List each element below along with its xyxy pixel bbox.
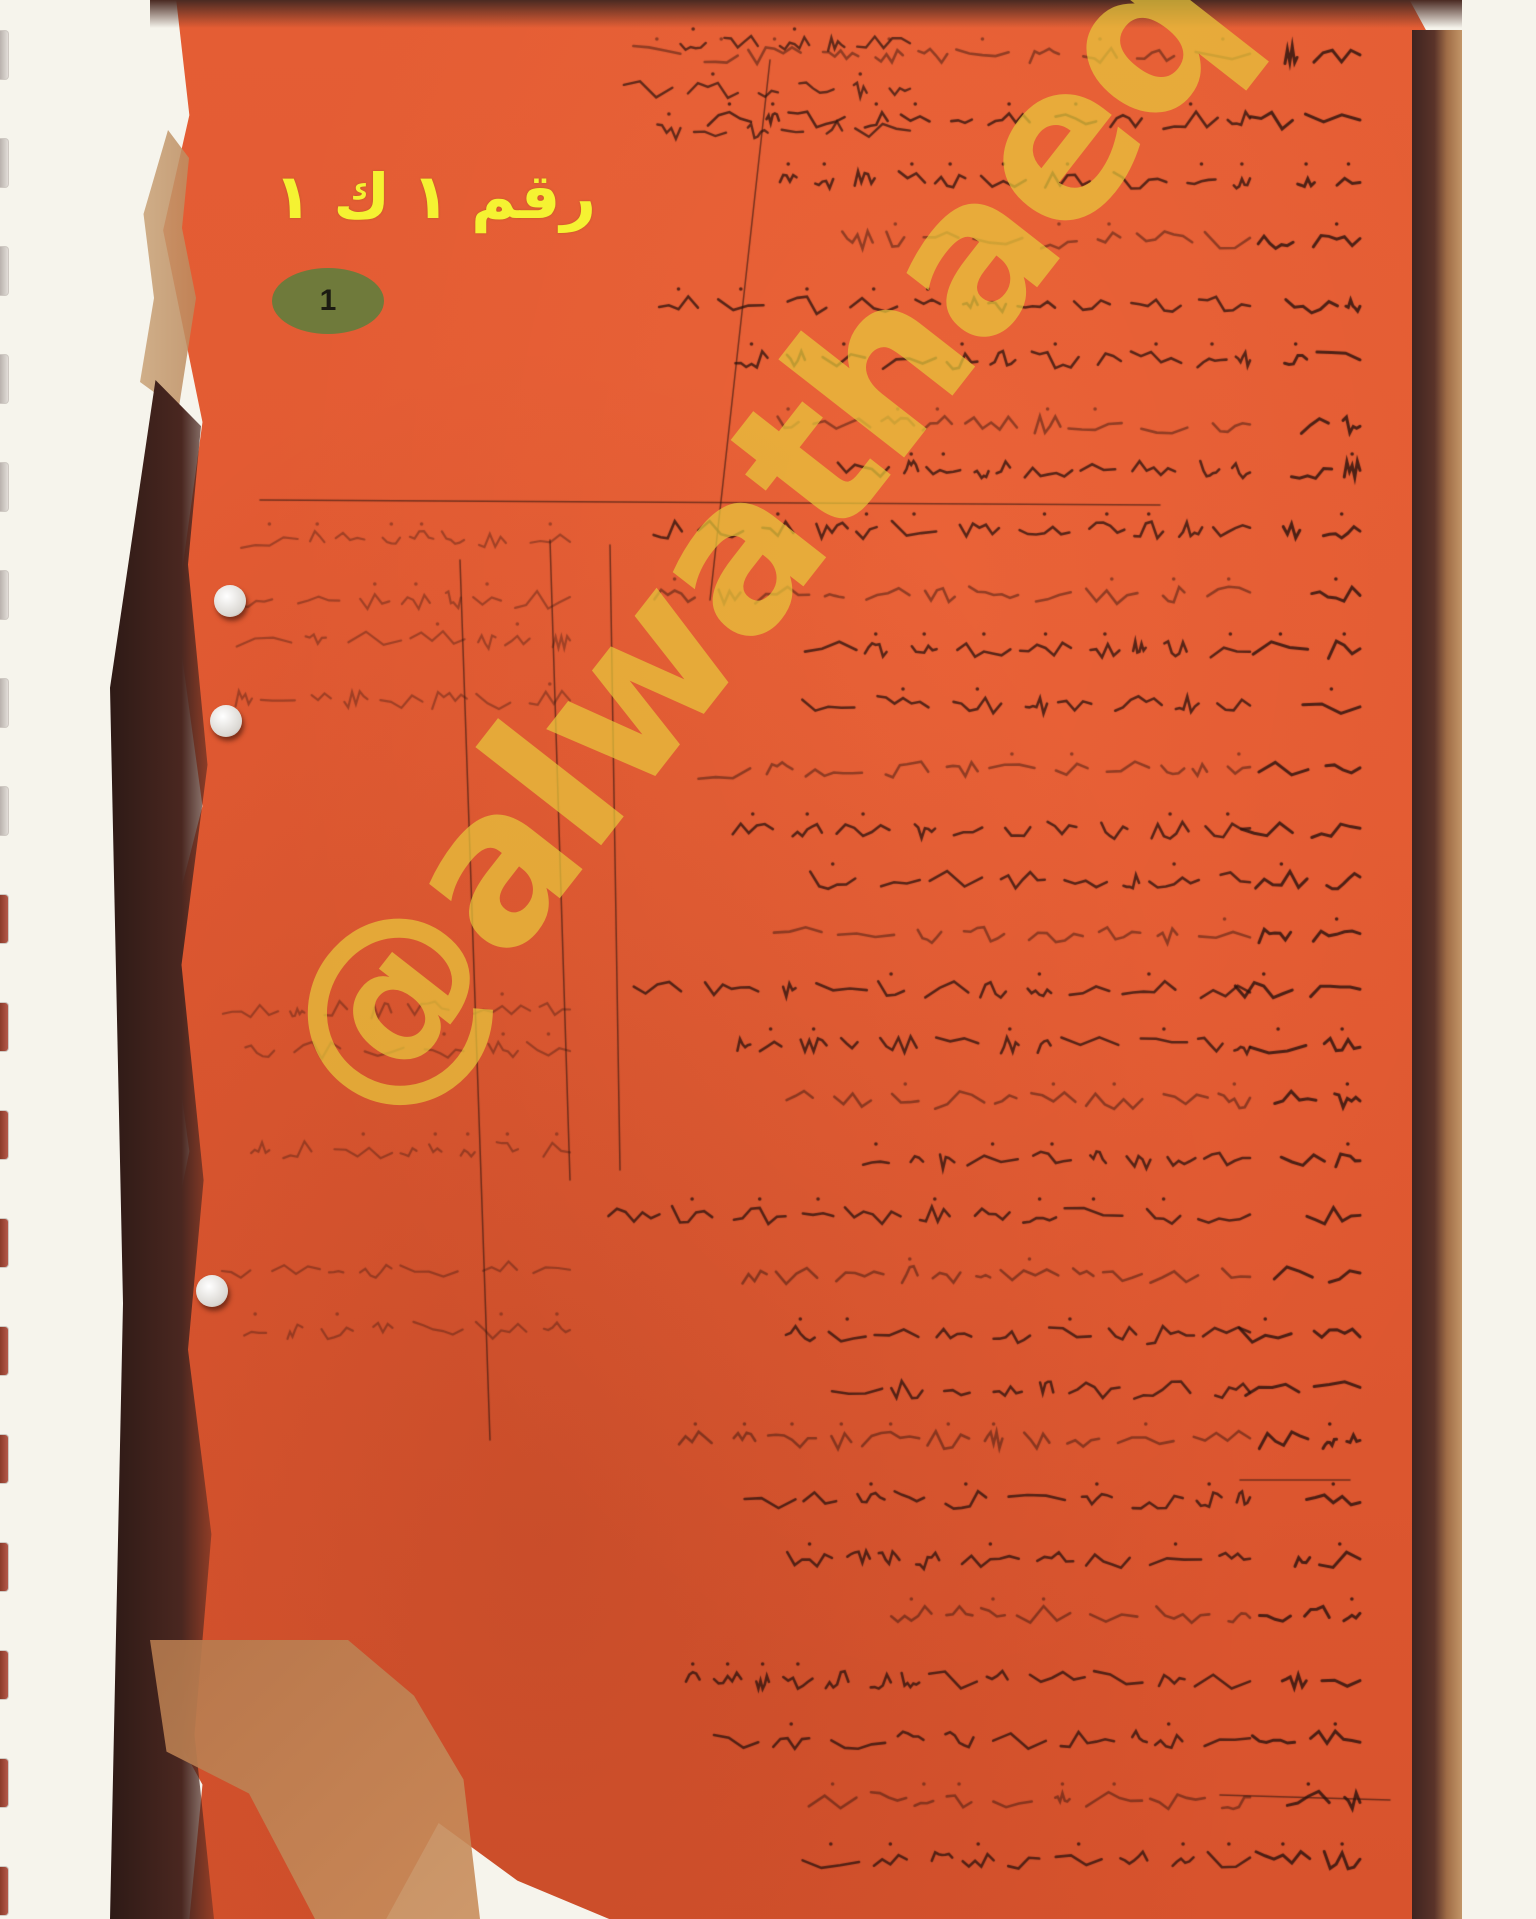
binding-tab xyxy=(0,246,9,296)
binding-tab xyxy=(0,1002,9,1052)
binding-tab xyxy=(0,1434,9,1484)
binding-tab xyxy=(0,678,9,728)
binding-tab xyxy=(0,1542,9,1592)
binding-tab xyxy=(0,30,9,80)
punch-hole xyxy=(210,705,242,737)
binding-tab xyxy=(0,1326,9,1376)
punch-hole xyxy=(214,585,246,617)
binding-tab xyxy=(0,354,9,404)
binding-tab xyxy=(0,1110,9,1160)
page-number-badge: 1 xyxy=(272,268,384,334)
binding-tab xyxy=(0,1866,9,1916)
reference-label: رقم ١ ك ١ xyxy=(240,160,630,260)
binding-tab xyxy=(0,462,9,512)
binding-tab xyxy=(0,138,9,188)
binding-tab xyxy=(0,786,9,836)
binding-tab xyxy=(0,894,9,944)
binding-tab xyxy=(0,1758,9,1808)
spiral-binding xyxy=(0,0,14,1919)
binding-tab xyxy=(0,1650,9,1700)
punch-hole xyxy=(196,1275,228,1307)
binding-tab xyxy=(0,570,9,620)
binding-tab xyxy=(0,1218,9,1268)
